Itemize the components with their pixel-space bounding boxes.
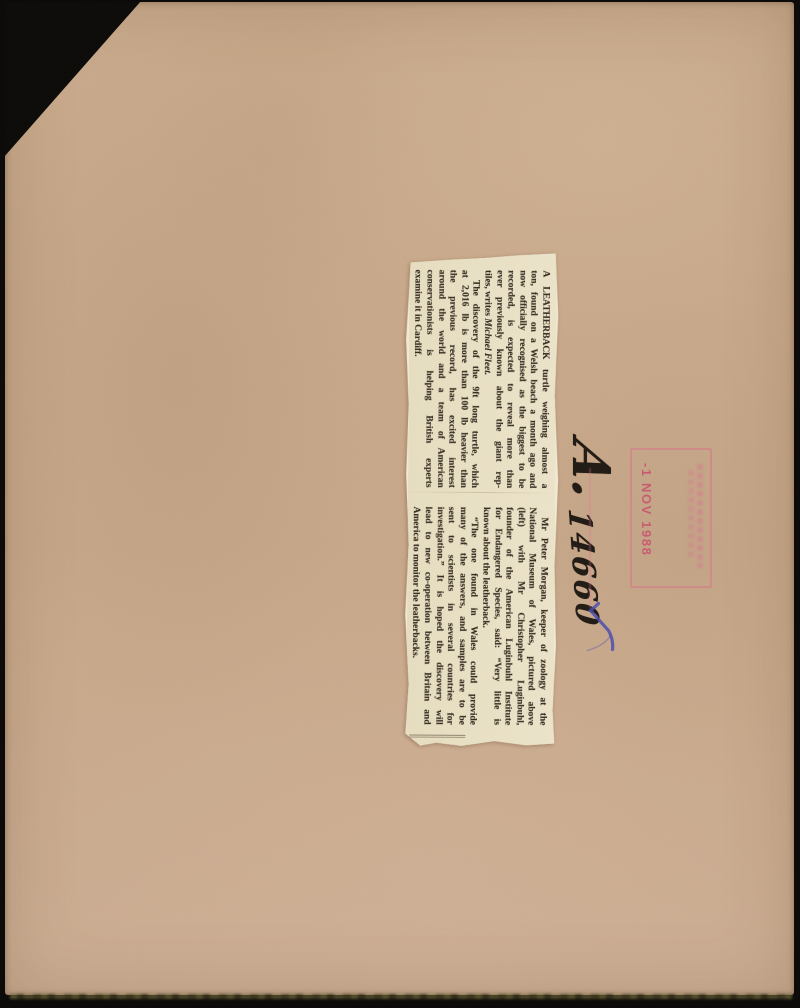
card-torn-bottom-edge [10, 994, 792, 999]
clipping-line: National Museum of Wales, pictured above [524, 507, 537, 725]
clipping-line: ton, found on a Welsh beach a month ago … [526, 270, 539, 488]
byline-author: Michael Fleet. [482, 318, 492, 375]
clipping-line: ever previously known about the giant re… [491, 270, 504, 488]
stamp-smudge-line [697, 464, 703, 568]
photo-backdrop: { "clipping": { "col1": { "para1": [ "A … [0, 0, 800, 1008]
clipping-line: the previous record, has excited interes… [445, 270, 458, 488]
stamp-smudge-line [688, 470, 694, 560]
clipping-line: for Endangered Species, said: “Very litt… [489, 507, 502, 725]
clipping-line: conservationists is helping British expe… [422, 270, 435, 488]
clipping-line: sent to scientists in several countries … [443, 507, 456, 725]
clipping-line: investigation.” It is hoped the discover… [431, 507, 444, 725]
date-stamp: -1 NOV 1988 [630, 448, 712, 588]
clipping-line: “The one found in Wales could provide [466, 507, 479, 725]
clipping-line: around the world and a team of American [433, 270, 446, 488]
clipping-line: Mr Peter Morgan, keeper of zoology at th… [536, 507, 549, 725]
clipping-line: many of the answers, and samples are to … [455, 507, 468, 725]
newspaper-clipping: A LEATHERBACK turtle weighing almost a t… [403, 244, 560, 748]
clipping-line: A LEATHERBACK turtle weighing almost a [537, 270, 550, 488]
clipping-line: (left) with Mr Christopher Luginbuhl, [513, 507, 526, 725]
stamp-streak [589, 468, 591, 608]
clipping-line: lead to new co-operation between Britain… [420, 507, 433, 725]
clipping-line: at 2,016 lb is more than 100 lb heavier … [456, 270, 469, 488]
clipping-line: now officially recognised as the biggest… [514, 270, 527, 488]
stamp-date: -1 NOV 1988 [639, 463, 654, 556]
clipping-torn-paper: A LEATHERBACK turtle weighing almost a t… [403, 244, 560, 748]
cut-corner [4, 1, 141, 157]
clipping-line: The discovery of the 9ft long turtle, wh… [468, 270, 481, 488]
byline-prefix: tiles, writes [482, 270, 492, 318]
newspaper-column-rule [409, 735, 465, 738]
clipping-line: founder of the American Luginbuhl Instit… [501, 507, 514, 725]
clipping-text-area: A LEATHERBACK turtle weighing almost a t… [406, 247, 556, 745]
archive-card: A LEATHERBACK turtle weighing almost a t… [5, 2, 794, 995]
clipping-column-2: Mr Peter Morgan, keeper of zoology at th… [410, 507, 549, 726]
clipping-column-1: A LEATHERBACK turtle weighing almost a t… [412, 270, 551, 489]
clipping-line: recorded, is expected to reveal more tha… [503, 270, 516, 488]
